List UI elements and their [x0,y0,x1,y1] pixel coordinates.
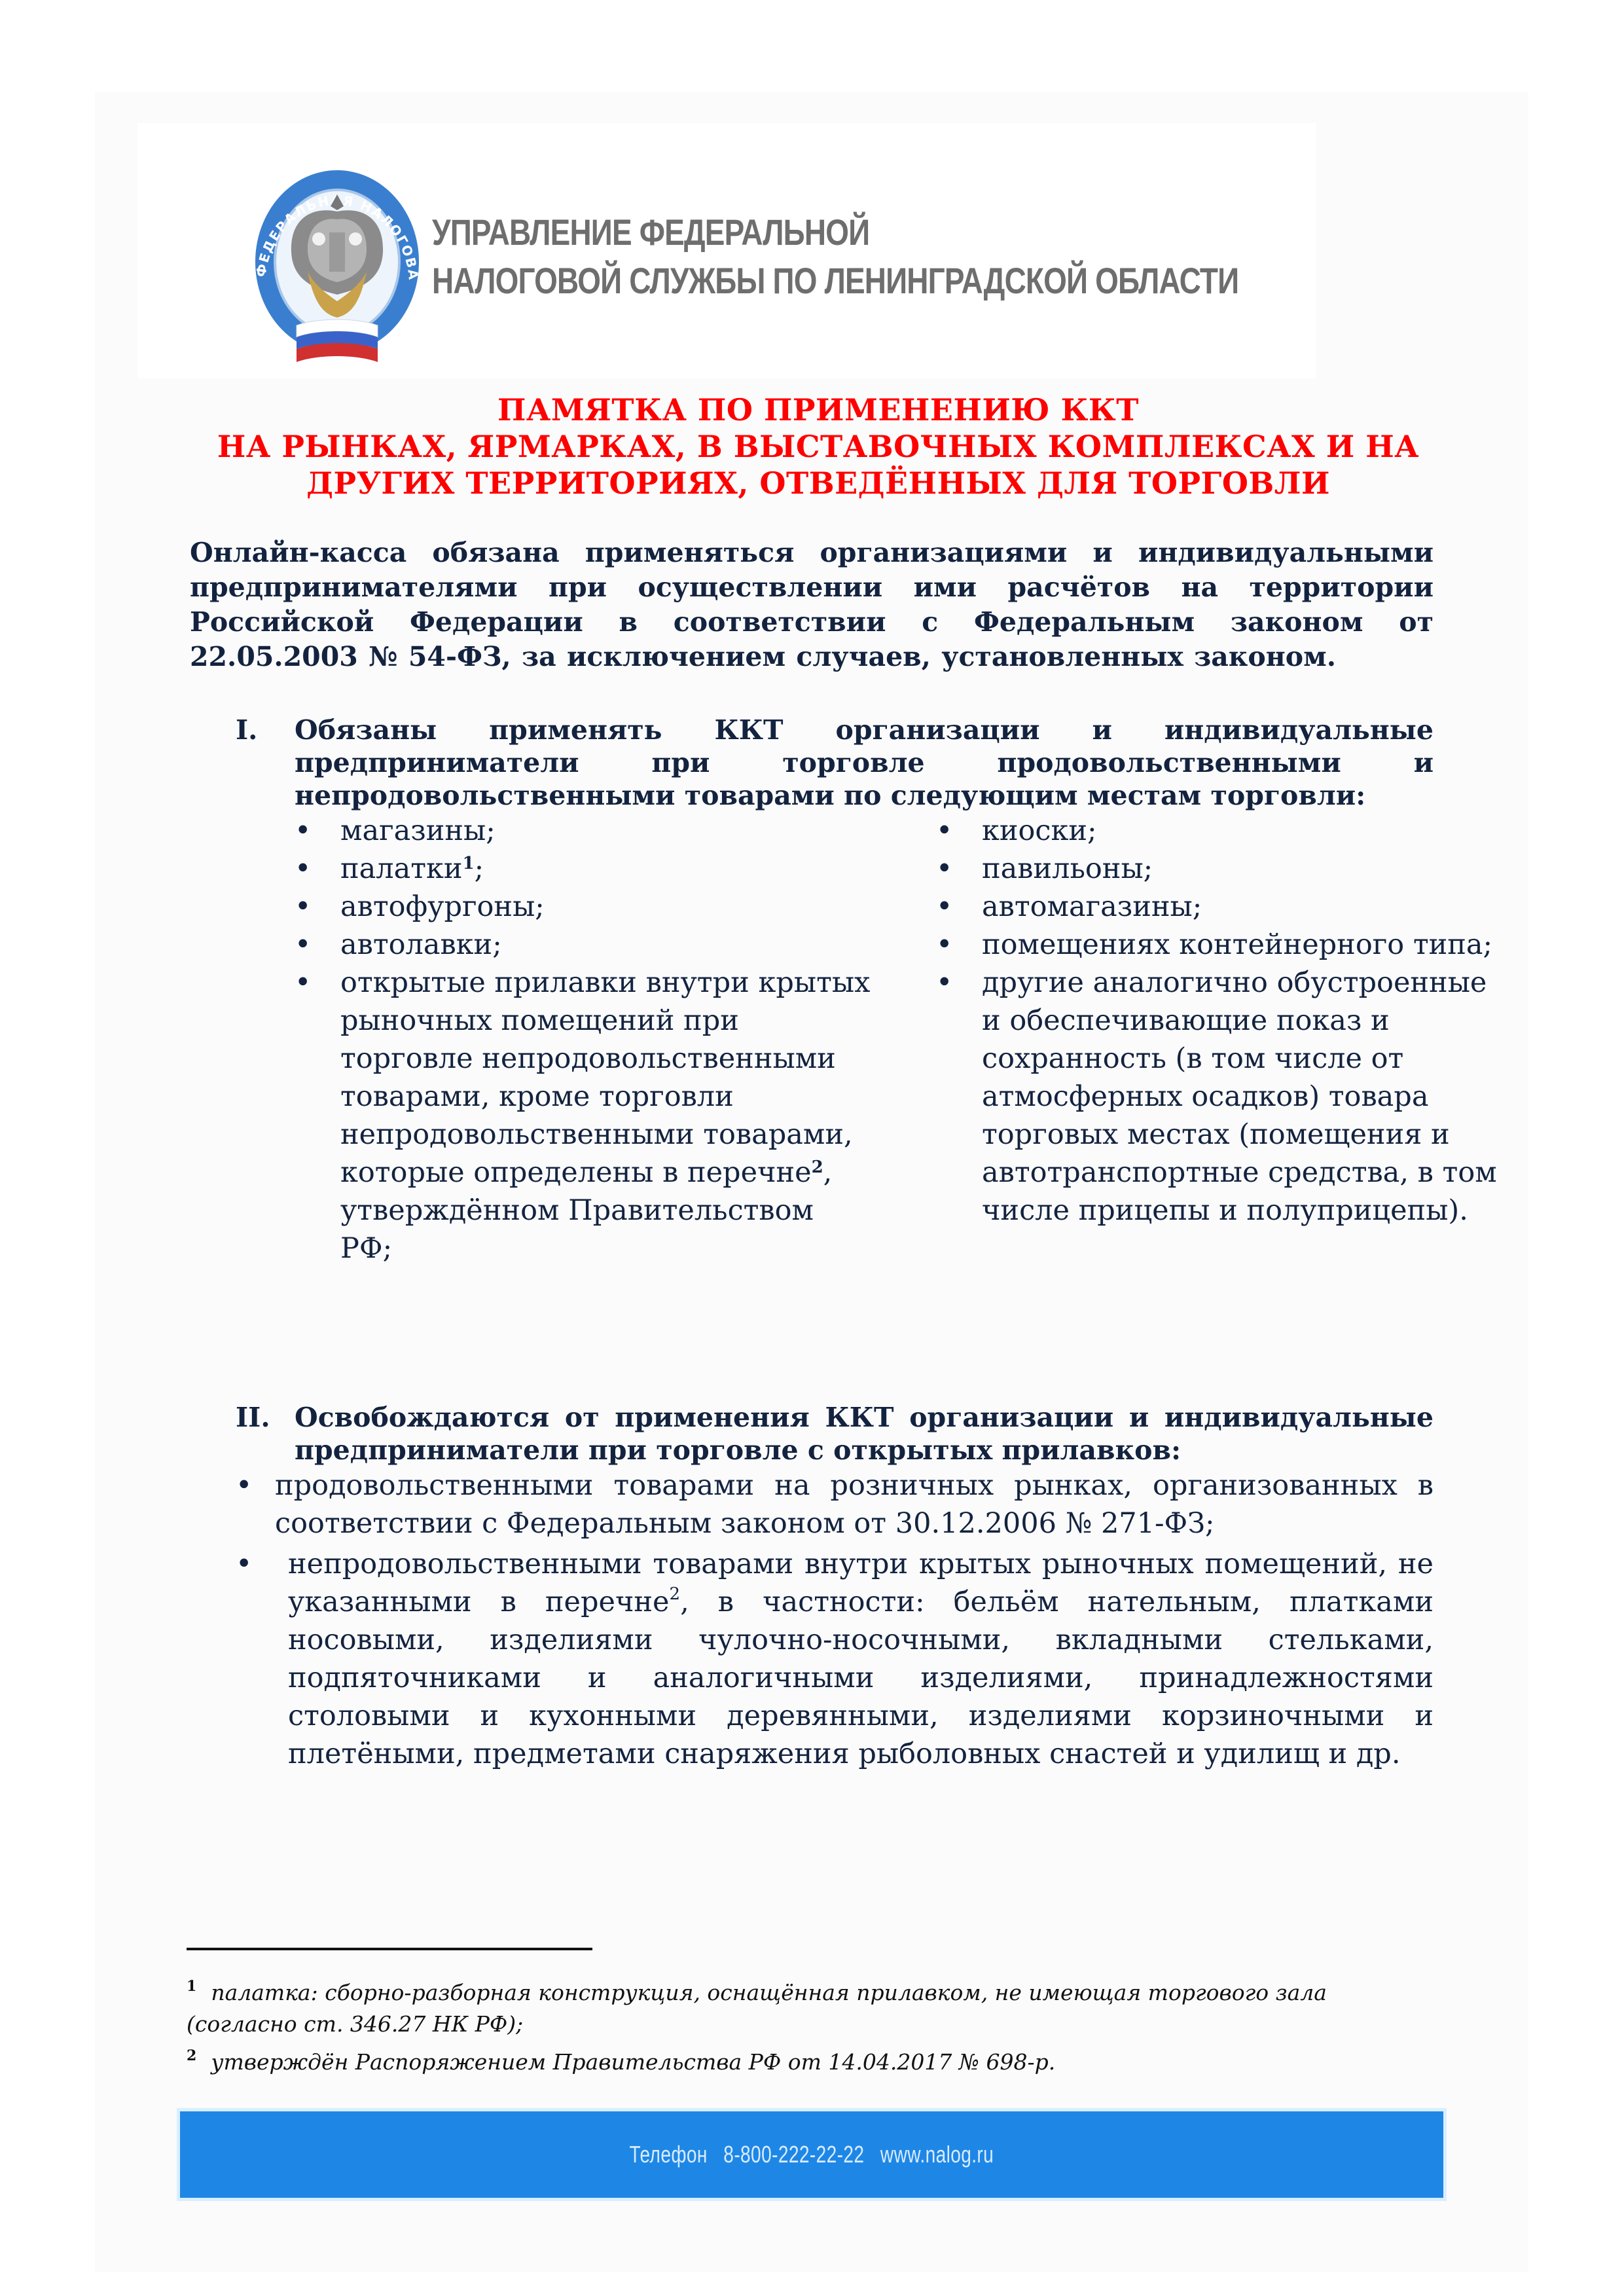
intro-paragraph: Онлайн-касса обязана применяться организ… [190,536,1434,674]
footnote-ref: 2 [670,1584,681,1604]
website-link[interactable]: www.nalog.ru [880,2141,994,2168]
title-line1: ПАМЯТКА ПО ПРИМЕНЕНИЮ ККТ [196,392,1440,428]
bullet-icon: • [936,850,952,888]
section-heading-text: Освобождаются от применения ККТ организа… [295,1402,1434,1466]
list-item: •магазины; [295,812,871,850]
list-item-text: киоски; [982,814,1097,847]
list-item: •автофургоны; [295,888,871,926]
section-obliged-heading: I. Обязаны применять ККТ организации и и… [236,714,1434,812]
trade-places-right-column: •киоски;•павильоны;•автомагазины;•помеще… [936,812,1512,1230]
list-item-text: автомагазины; [982,890,1202,923]
contact-bar: Телефон 8-800-222-22-22 www.nalog.ru [180,2111,1443,2198]
bullet-icon: • [236,1545,252,1583]
list-item-text-tail: ; [475,852,484,885]
list-item-text: помещениях контейнерного типа; [982,928,1492,961]
section-number: I. [236,714,295,746]
footnote-ref: 2 [812,1157,823,1177]
footnote-item: 2утверждён Распоряжением Правительства Р… [187,2040,1365,2078]
trade-places-left-column: •магазины;•палатки1;•автофургоны;•автола… [295,812,871,1267]
section-exempt: II. Освобождаются от применения ККТ орга… [236,1401,1434,1776]
bullet-icon: • [936,926,952,964]
list-item: •киоски; [936,812,1512,850]
list-item-text: автолавки; [340,928,502,961]
list-item: •непродовольственными товарами внутри кр… [216,1545,1434,1773]
list-item: •автолавки; [295,926,871,964]
exempt-list: •продовольственными товарами на розничны… [216,1467,1434,1773]
list-item-text: палатки [340,852,463,885]
footnote-number: 1 [187,1978,196,1995]
agency-name: УПРАВЛЕНИЕ ФЕДЕРАЛЬНОЙ НАЛОГОВОЙ СЛУЖБЫ … [432,208,1238,305]
list-item-text: магазины; [340,814,496,847]
contact-info: Телефон 8-800-222-22-22 www.nalog.ru [630,2141,994,2168]
list-item: •другие аналогично обустроенные и обеспе… [936,964,1512,1230]
bullet-icon: • [295,812,311,850]
footnotes: 1палатка: сборно-разборная конструкция, … [187,1971,1365,2078]
bullet-icon: • [295,850,311,888]
agency-name-line1: УПРАВЛЕНИЕ ФЕДЕРАЛЬНОЙ [432,208,1238,257]
trade-places-list-right: •киоски;•павильоны;•автомагазины;•помеще… [936,812,1512,1230]
bullet-icon: • [936,964,952,1002]
section-exempt-heading: II. Освобождаются от применения ККТ орга… [236,1401,1434,1467]
bullet-icon: • [295,964,311,1002]
list-item: •автомагазины; [936,888,1512,926]
phone-number[interactable]: 8-800-222-22-22 [723,2141,864,2168]
bullet-icon: • [936,888,952,926]
title-line3: ДРУГИХ ТЕРРИТОРИЯХ, ОТВЕДЁННЫХ ДЛЯ ТОРГО… [196,465,1440,501]
list-item-text: автофургоны; [340,890,545,923]
section-obliged: I. Обязаны применять ККТ организации и и… [236,714,1434,812]
agency-name-line2: НАЛОГОВОЙ СЛУЖБЫ ПО ЛЕНИНГРАДСКОЙ ОБЛАСТ… [432,257,1238,305]
phone-label: Телефон [630,2141,708,2168]
list-item: •продовольственными товарами на розничны… [216,1467,1434,1542]
bullet-icon: • [295,888,311,926]
bullet-icon: • [936,812,952,850]
section-number: II. [236,1401,295,1434]
footnote-item: 1палатка: сборно-разборная конструкция, … [187,1971,1365,2040]
list-item: •помещениях контейнерного типа; [936,926,1512,964]
list-item: •палатки1; [295,850,871,888]
list-item: •открытые прилавки внутри крытых рыночны… [295,964,871,1267]
bullet-icon: • [236,1467,252,1504]
document-title: ПАМЯТКА ПО ПРИМЕНЕНИЮ ККТ НА РЫНКАХ, ЯРМ… [196,392,1440,501]
footnote-text: утверждён Распоряжением Правительства РФ… [211,2049,1055,2075]
section-heading-text: Обязаны применять ККТ организации и инди… [295,714,1434,811]
list-item: •павильоны; [936,850,1512,888]
footnote-text: палатка: сборно-разборная конструкция, о… [187,1980,1327,2037]
list-item-text: павильоны; [982,852,1153,885]
bullet-icon: • [295,926,311,964]
trade-places-list-left: •магазины;•палатки1;•автофургоны;•автола… [295,812,871,1267]
list-item-text: продовольственными товарами на розничных… [275,1469,1434,1540]
footnote-separator [187,1948,592,1950]
fns-emblem-logo: ФЕДЕРАЛЬНАЯ НАЛОГОВАЯ СЛУЖБА [239,154,435,376]
list-item-text: открытые прилавки внутри крытых рыночных… [340,966,870,1189]
list-item-text: другие аналогично обустроенные и обеспеч… [982,966,1497,1227]
footnote-ref: 1 [463,854,475,873]
footnote-number: 2 [187,2047,196,2064]
title-line2: НА РЫНКАХ, ЯРМАРКАХ, В ВЫСТАВОЧНЫХ КОМПЛ… [196,428,1440,465]
